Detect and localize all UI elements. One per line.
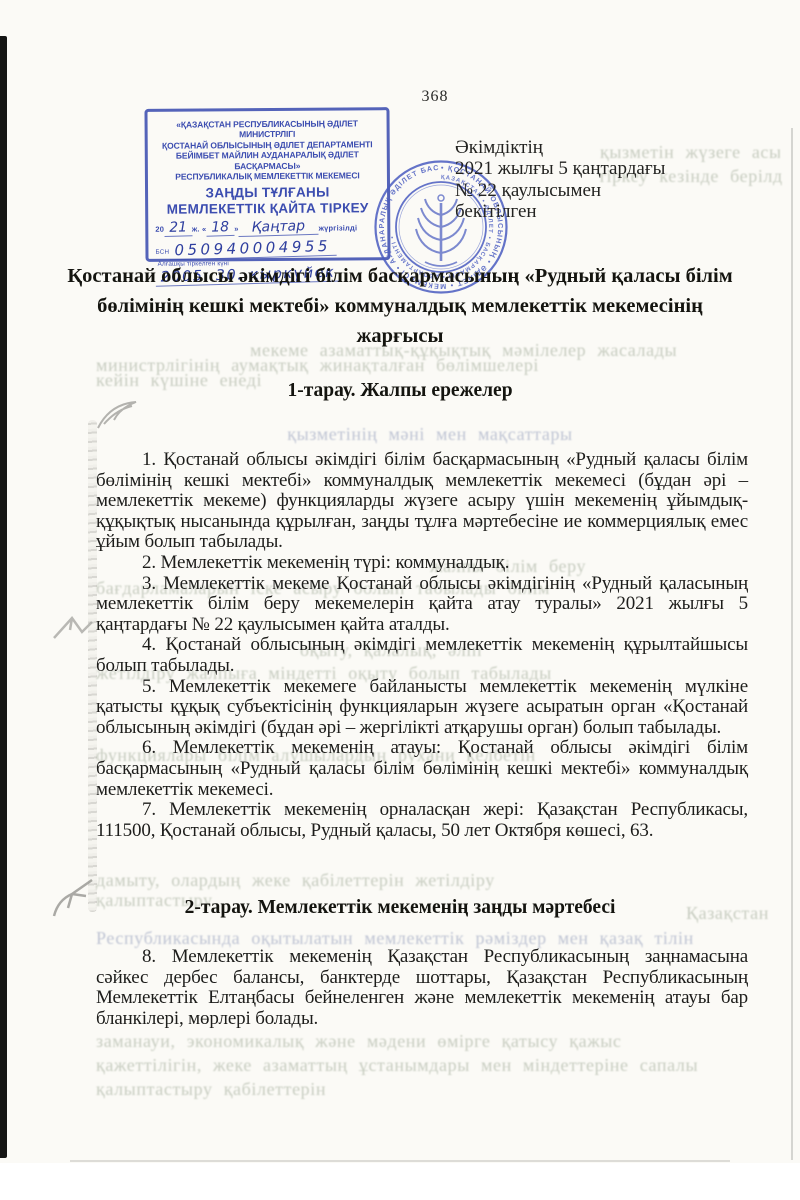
stamp-year-handwritten: 21 [164,220,192,238]
arrow-mark-upper [52,608,96,648]
paragraph: 2. Мемлекеттік мекеменің түрі: коммуналд… [96,553,748,574]
stamp-bin-label: БСН [155,249,169,256]
stamp-year-prefix: 20 [155,225,164,234]
scan-right-edge-line [791,128,793,1160]
stamp-performed-label: жүргізілді [319,224,358,233]
stamp-action-line: МЕМЛЕКЕТТІК ҚАЙТА ТІРКЕУ [148,200,387,217]
stamp-bin-handwritten: 050940004955 [169,237,336,261]
approval-line: Әкімдіктің [455,137,755,158]
bleedthrough-line: қызметінің мәні мен мақсаттары [180,424,680,444]
paragraph: 3. Мемлекеттік мекеме Қостанай облысы әк… [96,574,748,636]
bleedthrough-line: қалыптастыру қабілеттерін [96,1079,476,1099]
chapter2-heading: 2-тарау. Мемлекеттік мекеменің заңды мәр… [70,897,730,919]
approval-block: Әкімдіктің 2021 жылғы 5 қаңтардағы № 22 … [455,137,755,223]
chapter1-heading: 1-тарау. Жалпы ережелер [70,380,730,402]
stamp-action-line: ЗАҢДЫ ТҰЛҒАНЫ [148,185,387,202]
stamp-date-mid: ж. « [192,225,207,234]
scan-bottom-margin [0,1163,800,1200]
scan-edge-strip [0,36,7,1158]
approval-line: № 22 қаулысымен [455,180,755,201]
document-title-line: бөлімінің кешкі мектебі» коммуналдық мем… [60,291,740,321]
stamp-day-handwritten: 18 [206,219,234,237]
chapter2-body: 8. Мемлекеттік мекеменің Қазақстан Респу… [96,947,748,1029]
paragraph: 6. Мемлекеттік мекеменің атауы: Қостанай… [96,738,748,800]
bleedthrough-line: дамыту, олардың жеке қабілеттерін жетілд… [96,870,656,890]
bleedthrough-line: Республикасында оқытылатын мемлекеттік р… [96,928,746,948]
document-title-line: Қостанай облысы әкімдігі білім басқармас… [60,261,740,291]
stamp-org-line: «ҚАЗАҚСТАН РЕСПУБЛИКАСЫНЫҢ ӘДІЛЕТ МИНИСТ… [149,118,386,140]
approval-line: 2021 жылғы 5 қаңтардағы [455,158,755,179]
chapter1-body: 1. Қостанай облысы әкімдігі білім басқар… [96,450,748,841]
approval-line: бекітілген [455,201,755,222]
paragraph: 4. Қостанай облысының әкімдігі мемлекетт… [96,635,748,676]
page-number: 368 [405,88,465,106]
paragraph: 5. Мемлекеттік мекемеге байланысты мемле… [96,677,748,739]
document-title-line: жарғысы [60,321,740,351]
scanned-document-page: қызметін жүзеге асырады тіркеу кезінде б… [0,0,800,1200]
stamp-org-line: РЕСПУБЛИКАЛЫҚ МЕМЛЕКЕТТІК МЕКЕМЕСІ [149,170,386,182]
stamp-org-line: БЕЙІМБЕТ МАЙЛИН АУДАНАРАЛЫҚ ӘДІЛЕТ БАСҚА… [149,149,386,171]
bleedthrough-line: заманауи, экономикалық және мәдени өмірг… [96,1031,746,1051]
bleedthrough-line: қажеттілігін, жеке азаматтың ұстанымдары… [96,1055,746,1075]
stamp-month-handwritten: Қаңтар [238,218,318,237]
scan-bottom-edge [70,1160,730,1162]
paragraph: 7. Мемлекеттік мекеменің орналасқан жері… [96,800,748,841]
paragraph: 1. Қостанай облысы әкімдігі білім басқар… [96,450,748,553]
document-title: Қостанай облысы әкімдігі білім басқармас… [60,261,740,351]
registration-stamp: «ҚАЗАҚСТАН РЕСПУБЛИКАСЫНЫҢ ӘДІЛЕТ МИНИСТ… [144,107,390,262]
paragraph: 8. Мемлекеттік мекеменің Қазақстан Респу… [96,947,748,1029]
